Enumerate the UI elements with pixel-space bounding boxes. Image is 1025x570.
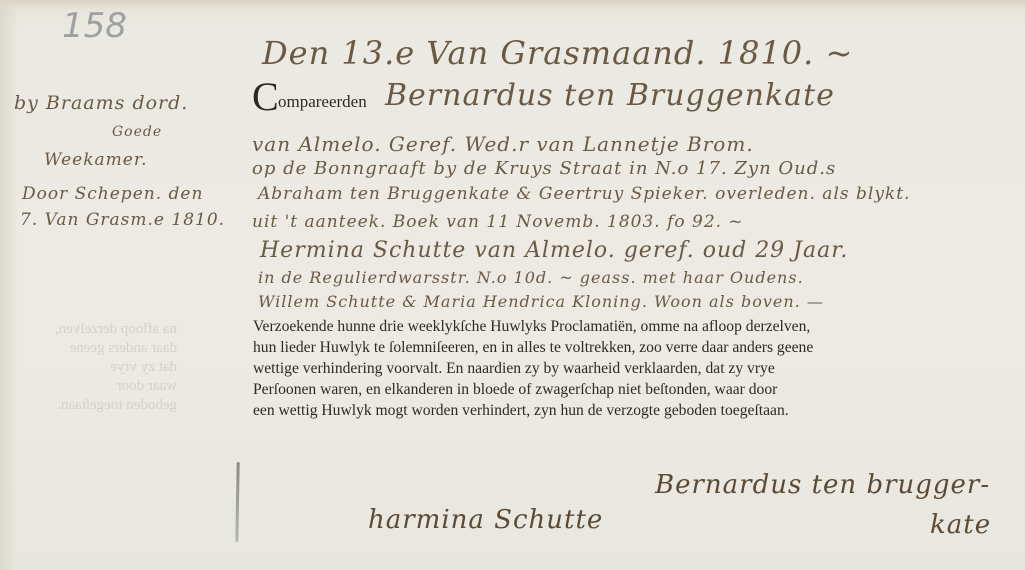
page-edge-shadow: [0, 0, 1025, 10]
bride-name: Hermina Schutte van Almelo. geref. oud 2…: [260, 238, 848, 263]
groom-signature: Bernardus ten brugger-: [655, 470, 990, 500]
printed-initial: C: [252, 73, 279, 120]
date-header: Den 13.e Van Grasmaand. 1810. ~: [262, 34, 853, 72]
groom-signature-cont: kate: [930, 510, 991, 540]
page-number: 158: [62, 6, 127, 46]
document-page: na afloop derzelven, daar anders geene d…: [0, 0, 1025, 570]
groom-name: Bernardus ten Bruggenkate: [385, 78, 835, 113]
printed-label: ompareerden: [278, 92, 367, 112]
bleed-through-text: na afloop derzelven, daar anders geene d…: [55, 320, 177, 415]
pencil-mark: [235, 462, 239, 542]
binding-shadow: [0, 0, 18, 570]
bride-signature: harmina Schutte: [368, 505, 603, 535]
